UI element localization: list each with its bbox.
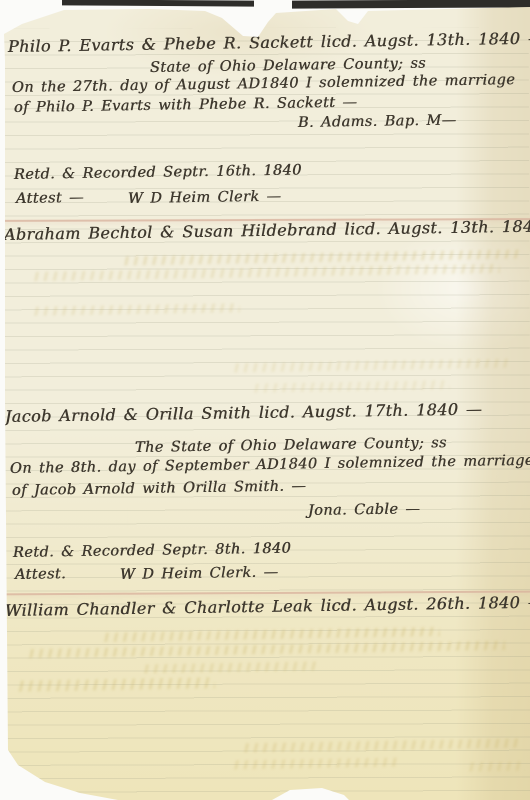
- ledger-page: Philo P. Evarts & Phebe R. Sackett licd.…: [0, 0, 530, 800]
- return-clerk-signature: W D Heim Clerk. —: [120, 565, 279, 583]
- return-attest-label: Attest.: [15, 566, 66, 583]
- return-clerk-signature: W D Heim Clerk —: [128, 189, 282, 207]
- scan-background: Philo P. Evarts & Phebe R. Sackett licd.…: [0, 0, 530, 800]
- return-attest-label: Attest —: [16, 190, 84, 207]
- record-minister-signature: Jona. Cable —: [308, 501, 421, 519]
- adjacent-scan-edge-left: [62, 0, 254, 7]
- record-minister-signature: B. Adams. Bap. M—: [298, 113, 457, 131]
- adjacent-scan-edge-right: [292, 0, 530, 9]
- bleedthrough-ghost-text: [465, 761, 525, 771]
